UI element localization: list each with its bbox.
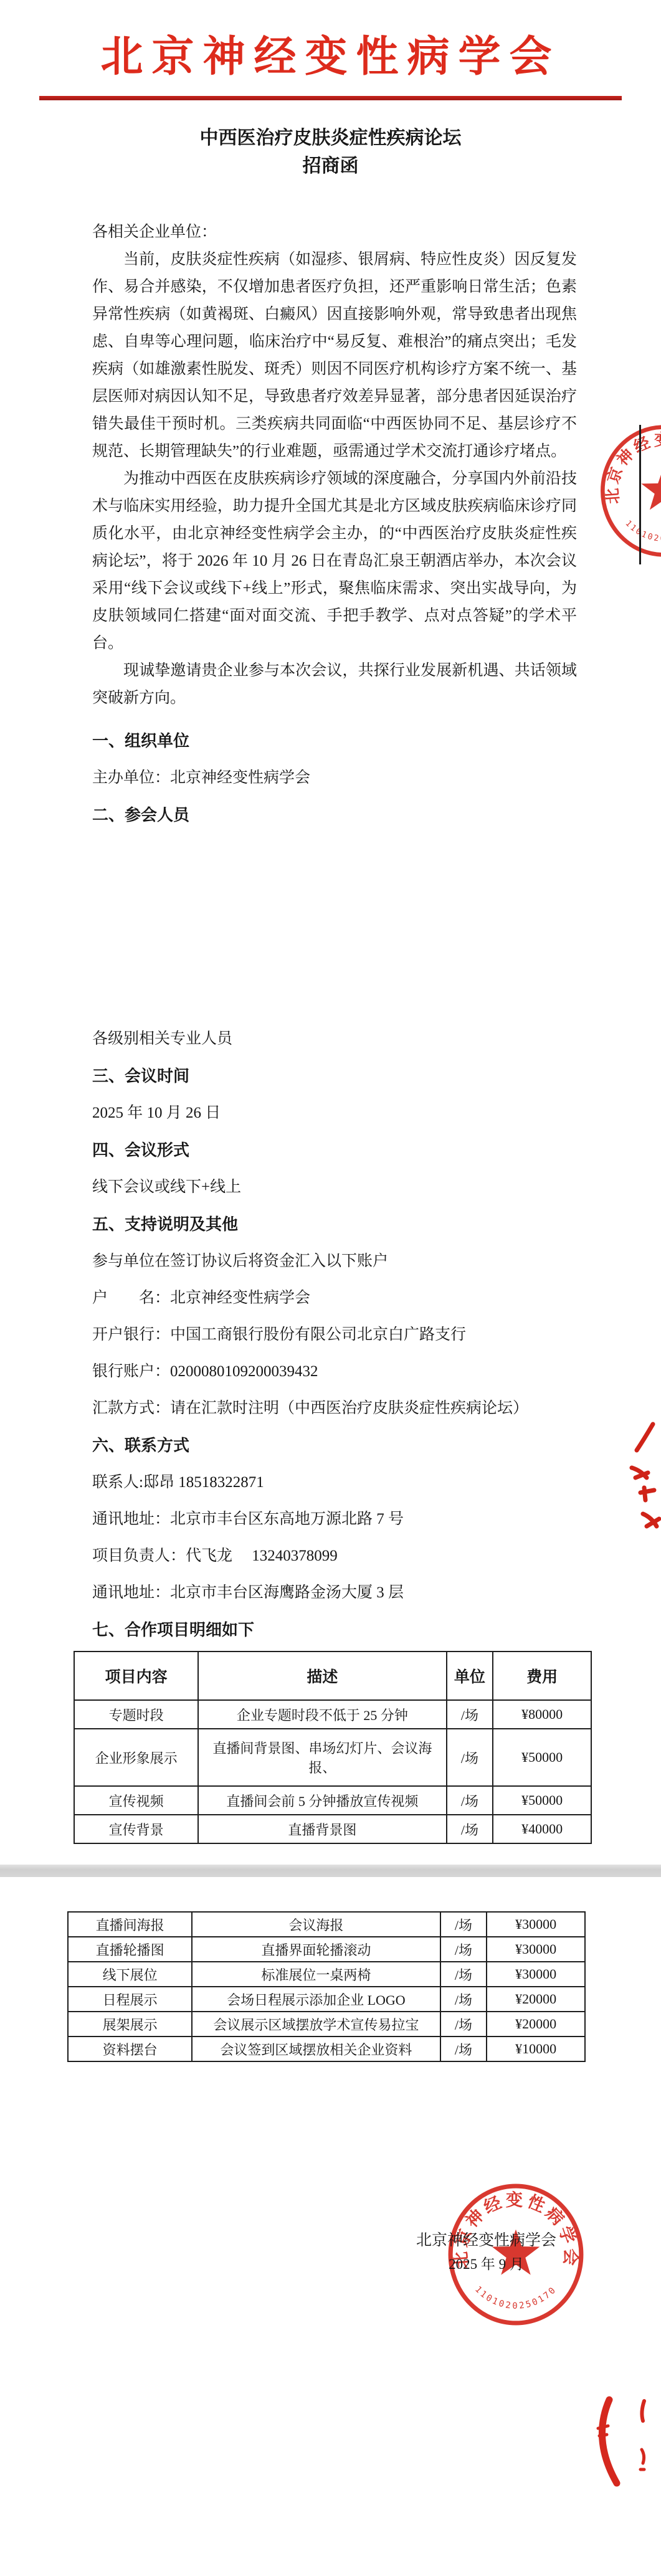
- scanned-letter-page: 北京神经变性病学会 中西医治疗皮肤炎症性疾病论坛 招商函 各相关企业单位： 当前…: [0, 0, 661, 2576]
- cell-unit: /场: [440, 2012, 487, 2037]
- remit-method: 汇款方式：请在汇款时注明（中西医治疗皮肤炎症性疾病论坛）: [92, 1400, 661, 1417]
- cell-item: 资料摆台: [68, 2037, 192, 2061]
- cell-fee: ¥50000: [493, 1729, 591, 1786]
- col-header-unit: 单位: [447, 1652, 493, 1700]
- svg-text:1101020250170: 1101020250170: [473, 2284, 559, 2311]
- section-2-heading: 二、参会人员: [92, 806, 661, 824]
- cell-unit: /场: [447, 1700, 493, 1729]
- cell-item: 企业形象展示: [74, 1729, 198, 1786]
- section-3-line: 2025 年 10 月 26 日: [92, 1105, 661, 1121]
- table-row: 专题时段 企业专题时段不低于 25 分钟 /场 ¥80000: [74, 1700, 591, 1729]
- cell-item: 宣传背景: [74, 1815, 198, 1843]
- section-2-line: 各级别相关专业人员: [92, 1031, 661, 1047]
- contact-address-2: 通讯地址：北京市丰台区海鹰路金汤大厦 3 层: [92, 1585, 661, 1601]
- cell-unit: /场: [447, 1729, 493, 1786]
- signature-org: 北京神经变性病学会: [416, 2231, 556, 2250]
- section-1-line: 主办单位：北京神经变性病学会: [92, 770, 661, 786]
- cell-unit: /场: [440, 1962, 487, 1987]
- contact-person: 联系人:邸昂 18518322871: [92, 1475, 661, 1491]
- cell-unit: /场: [440, 1987, 487, 2012]
- document-subtitle: 招商函: [0, 153, 661, 180]
- seal-fragment-right: [608, 1413, 661, 1538]
- col-header-description: 描述: [198, 1652, 446, 1700]
- project-lead: 项目负责人：代飞龙 13240378099: [92, 1548, 661, 1564]
- signature-block: 北京神经变性病学会 2025 年 9 月: [416, 2231, 556, 2274]
- document-title: 中西医治疗皮肤炎症性疾病论坛: [0, 125, 661, 151]
- letterhead-org-name: 北京神经变性病学会: [0, 32, 661, 81]
- section-3-heading: 三、会议时间: [92, 1067, 661, 1085]
- bank-account: 银行账户：0200080109200039432: [92, 1364, 661, 1380]
- letterhead-rule: [39, 96, 622, 100]
- section-4-line: 线下会议或线下+线上: [92, 1179, 661, 1195]
- cell-fee: ¥30000: [487, 1937, 585, 1962]
- cell-description: 直播间背景图、串场幻灯片、会议海报、: [198, 1729, 446, 1786]
- seal-code: 1101020250170: [624, 519, 661, 544]
- salutation: 各相关企业单位：: [92, 219, 661, 246]
- bank-name: 开户银行：中国工商银行股份有限公司北京白广路支行: [92, 1327, 661, 1343]
- cell-item: 线下展位: [68, 1962, 192, 1987]
- paragraph-1: 当前，皮肤炎症性疾病（如湿疹、银屑病、特应性皮炎）因反复发作、易合并感染，不仅增…: [92, 246, 577, 465]
- seal-star-icon: [641, 467, 661, 510]
- pricing-table-1: 项目内容 描述 单位 费用 专题时段 企业专题时段不低于 25 分钟 /场 ¥8…: [74, 1651, 592, 1844]
- table-row: 宣传背景 直播背景图 /场 ¥40000: [74, 1815, 591, 1843]
- table-row: 日程展示 会场日程展示添加企业 LOGO /场 ¥20000: [68, 1987, 585, 2012]
- cell-description: 直播背景图: [198, 1815, 446, 1843]
- cell-unit: /场: [440, 1937, 487, 1962]
- svg-text:1101020250170: 1101020250170: [624, 519, 661, 544]
- cell-description: 会议海报: [192, 1912, 440, 1937]
- section-4-heading: 四、会议形式: [92, 1141, 661, 1159]
- remit-notice: 参与单位在签订协议后将资金汇入以下账户: [92, 1253, 661, 1270]
- table-row: 线下展位 标准展位一桌两椅 /场 ¥30000: [68, 1962, 585, 1987]
- section-7-heading: 七、合作项目明细如下: [92, 1621, 661, 1638]
- cell-description: 会场日程展示添加企业 LOGO: [192, 1987, 440, 2012]
- account-name: 户 名：北京神经变性病学会: [92, 1290, 661, 1306]
- table-header-row: 项目内容 描述 单位 费用: [74, 1652, 591, 1700]
- seal-ring-text: 北京神经变性病学会: [604, 431, 661, 505]
- cell-fee: ¥30000: [487, 1912, 585, 1937]
- col-header-fee: 费用: [493, 1652, 591, 1700]
- cell-description: 标准展位一桌两椅: [192, 1962, 440, 1987]
- table-row: 资料摆台 会议签到区域摆放相关企业资料 /场 ¥10000: [68, 2037, 585, 2061]
- cell-unit: /场: [440, 2037, 487, 2061]
- signature-date: 2025 年 9 月: [416, 2255, 556, 2274]
- cell-unit: /场: [447, 1786, 493, 1815]
- cell-description: 直播间会前 5 分钟播放宣传视频: [198, 1786, 446, 1815]
- cell-item: 直播轮播图: [68, 1937, 192, 1962]
- cell-fee: ¥20000: [487, 2012, 585, 2037]
- cell-unit: /场: [440, 1912, 487, 1937]
- paragraph-2: 为推动中西医在皮肤疾病诊疗领域的深度融合，分享国内外前沿技术与临床实用经验，助力…: [92, 465, 577, 657]
- pricing-table-2: 直播间海报 会议海报 /场 ¥30000 直播轮播图 直播界面轮播滚动 /场 ¥…: [67, 1911, 586, 2062]
- table-row: 企业形象展示 直播间背景图、串场幻灯片、会议海报、 /场 ¥50000: [74, 1729, 591, 1786]
- cell-fee: ¥30000: [487, 1962, 585, 1987]
- cell-fee: ¥80000: [493, 1700, 591, 1729]
- cell-fee: ¥10000: [487, 2037, 585, 2061]
- table-row: 直播间海报 会议海报 /场 ¥30000: [68, 1912, 585, 1937]
- table-row: 直播轮播图 直播界面轮播滚动 /场 ¥30000: [68, 1937, 585, 1962]
- cell-item: 宣传视频: [74, 1786, 198, 1815]
- page-break-gap: [0, 824, 661, 1010]
- cell-item: 展架展示: [68, 2012, 192, 2037]
- cell-description: 企业专题时段不低于 25 分钟: [198, 1700, 446, 1729]
- cell-item: 直播间海报: [68, 1912, 192, 1937]
- cell-fee: ¥50000: [493, 1786, 591, 1815]
- cell-description: 会议签到区域摆放相关企业资料: [192, 2037, 440, 2061]
- col-header-item: 项目内容: [74, 1652, 198, 1700]
- cell-unit: /场: [447, 1815, 493, 1843]
- cell-description: 会议展示区域摆放学术宣传易拉宝: [192, 2012, 440, 2037]
- table-row: 宣传视频 直播间会前 5 分钟播放宣传视频 /场 ¥50000: [74, 1786, 591, 1815]
- section-5-heading: 五、支持说明及其他: [92, 1215, 661, 1233]
- cell-item: 日程展示: [68, 1987, 192, 2012]
- contact-address-1: 通讯地址：北京市丰台区东高地万源北路 7 号: [92, 1511, 661, 1528]
- cell-description: 直播界面轮播滚动: [192, 1937, 440, 1962]
- scan-edge-artifact: [639, 425, 641, 564]
- section-6-heading: 六、联系方式: [92, 1437, 661, 1454]
- cell-item: 专题时段: [74, 1700, 198, 1729]
- seal-fragment-bottom: [583, 2396, 661, 2489]
- section-1-heading: 一、组织单位: [92, 732, 661, 749]
- svg-text:北京神经变性病学会: 北京神经变性病学会: [604, 431, 661, 505]
- cell-fee: ¥40000: [493, 1815, 591, 1843]
- official-seal-partial: 北京神经变性病学会 1101020250170: [596, 424, 661, 558]
- seal-code: 1101020250170: [473, 2284, 559, 2311]
- table-row: 展架展示 会议展示区域摆放学术宣传易拉宝 /场 ¥20000: [68, 2012, 585, 2037]
- cell-fee: ¥20000: [487, 1987, 585, 2012]
- paragraph-3: 现诚挚邀请贵企业参与本次会议，共探行业发展新机遇、共话领域突破新方向。: [92, 657, 577, 712]
- scan-page-divider: [0, 1865, 661, 1877]
